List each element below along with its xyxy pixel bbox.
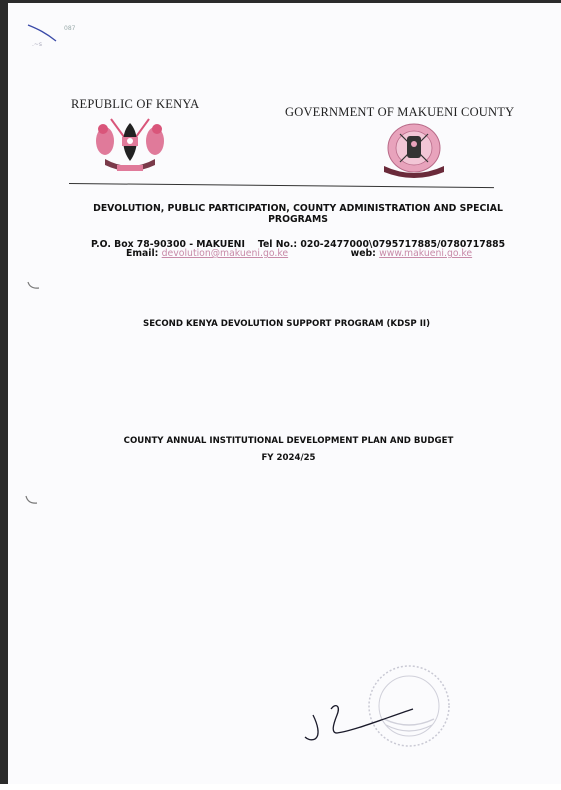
department-line-1: DEVOLUTION, PUBLIC PARTICIPATION, COUNTY… — [88, 203, 508, 214]
viewer-bottom-strip — [0, 784, 561, 790]
web-link[interactable]: www.makueni.go.ke — [379, 248, 472, 259]
handwritten-annotation-icon: 087 .~s — [20, 13, 80, 53]
header-government-of-makueni: GOVERNMENT OF MAKUENI COUNTY — [285, 105, 514, 120]
department-line-2: PROGRAMS — [88, 214, 508, 225]
plan-title: COUNTY ANNUAL INSTITUTIONAL DEVELOPMENT … — [116, 436, 461, 446]
binder-mark-icon — [24, 495, 40, 507]
program-title: SECOND KENYA DEVOLUTION SUPPORT PROGRAM … — [143, 319, 430, 329]
email-link[interactable]: devolution@makueni.go.ke — [162, 248, 288, 259]
web-label: web: — [351, 248, 376, 259]
document-page: 087 .~s REPUBLIC OF KENYA GOVERNMENT OF … — [8, 3, 561, 784]
makueni-county-seal-icon — [374, 120, 454, 182]
signature-icon — [303, 693, 453, 753]
fiscal-year: FY 2024/25 — [116, 453, 461, 463]
department-name: DEVOLUTION, PUBLIC PARTICIPATION, COUNTY… — [88, 203, 508, 225]
binder-mark-icon — [26, 281, 42, 291]
kenya-coat-of-arms-icon — [91, 115, 169, 177]
contact-line: Email: devolution@makueni.go.ke web: www… — [126, 248, 546, 259]
header-republic-of-kenya: REPUBLIC OF KENYA — [71, 97, 199, 112]
email-label: Email: — [126, 248, 158, 259]
svg-text:087: 087 — [64, 25, 76, 32]
svg-text:.~s: .~s — [32, 41, 42, 48]
header-divider — [69, 183, 494, 188]
